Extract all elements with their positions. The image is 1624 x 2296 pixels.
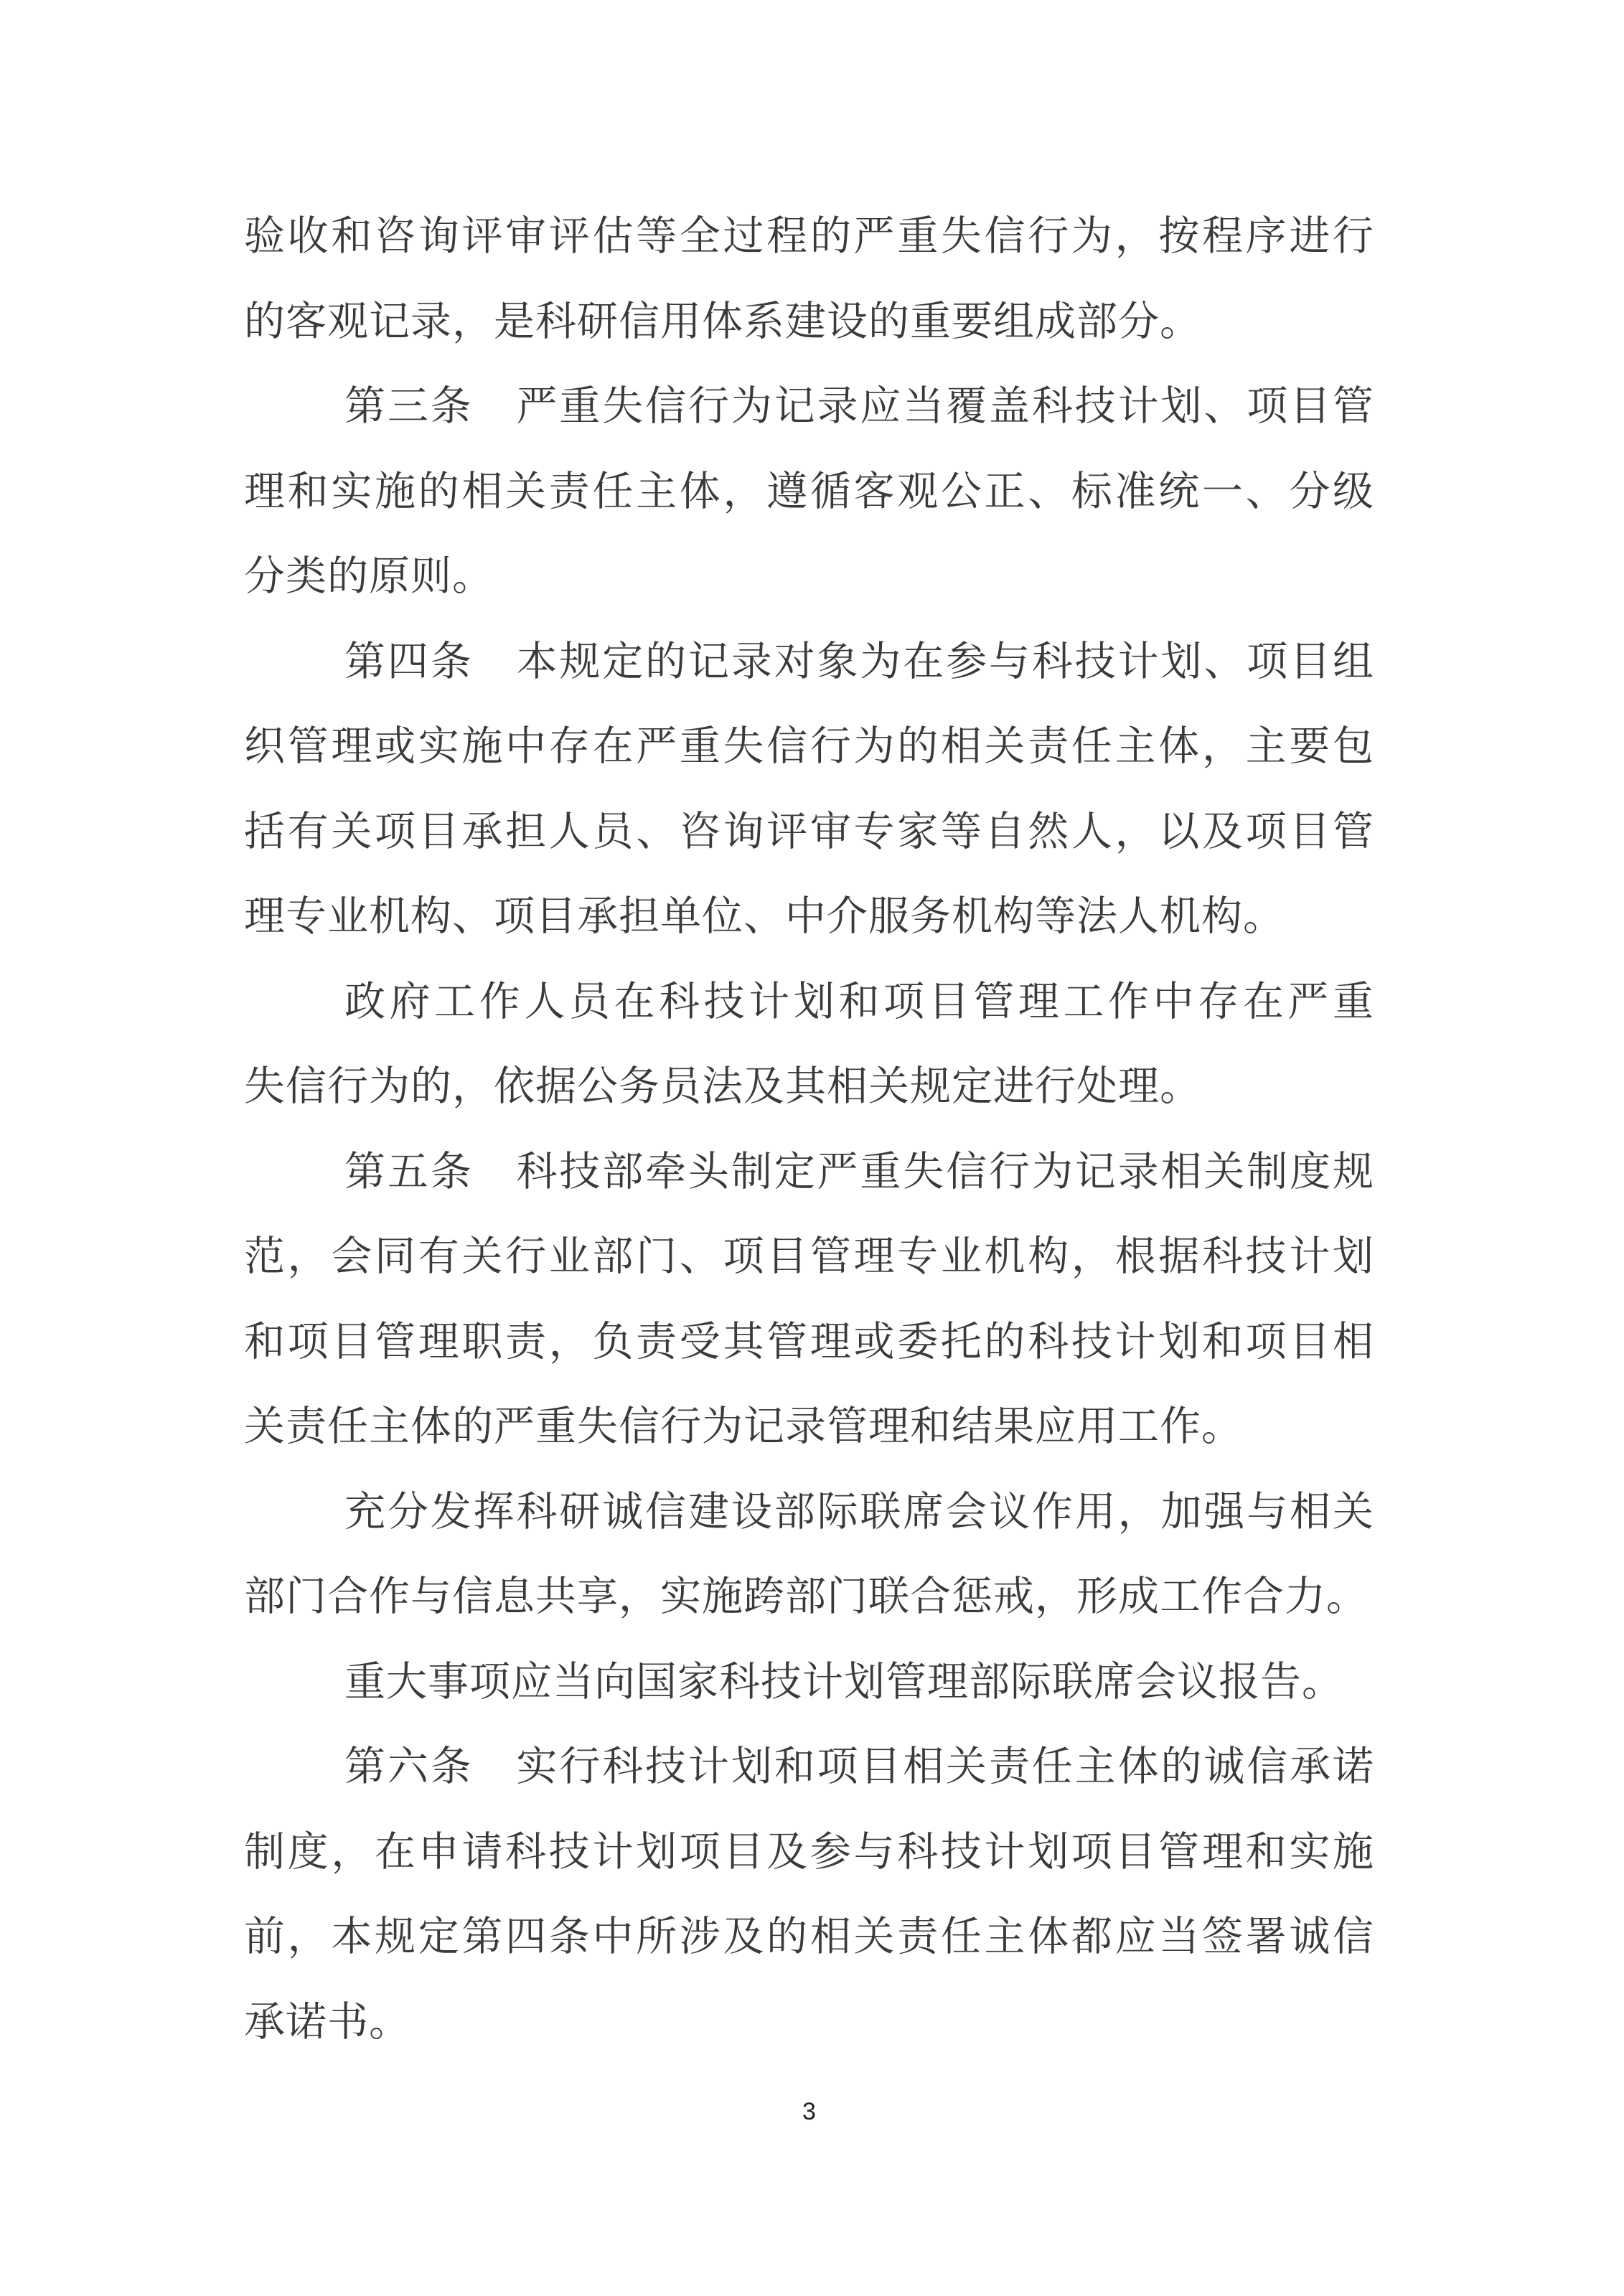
text-line: 验收和咨询评审评估等全过程的严重失信行为，按程序进行 bbox=[244, 194, 1374, 280]
text-line: 部门合作与信息共享，实施跨部门联合惩戒，形成工作合力。 bbox=[244, 1555, 1374, 1640]
text-line: 承诺书。 bbox=[244, 1980, 1374, 2066]
text-line: 充分发挥科研诚信建设部际联席会议作用，加强与相关 bbox=[244, 1470, 1374, 1556]
text-line: 范，会同有关行业部门、项目管理专业机构，根据科技计划 bbox=[244, 1215, 1374, 1300]
text-line: 重大事项应当向国家科技计划管理部际联席会议报告。 bbox=[244, 1640, 1374, 1726]
text-line: 理和实施的相关责任主体，遵循客观公正、标准统一、分级 bbox=[244, 450, 1374, 535]
text-line: 括有关项目承担人员、咨询评审专家等自然人，以及项目管 bbox=[244, 790, 1374, 875]
text-line: 关责任主体的严重失信行为记录管理和结果应用工作。 bbox=[244, 1385, 1374, 1470]
document-body: 验收和咨询评审评估等全过程的严重失信行为，按程序进行的客观记录，是科研信用体系建… bbox=[244, 194, 1374, 2065]
text-line: 制度，在申请科技计划项目及参与科技计划项目管理和实施 bbox=[244, 1810, 1374, 1896]
document-page: 验收和咨询评审评估等全过程的严重失信行为，按程序进行的客观记录，是科研信用体系建… bbox=[0, 0, 1624, 2296]
text-line: 第三条 严重失信行为记录应当覆盖科技计划、项目管 bbox=[244, 364, 1374, 450]
text-line: 和项目管理职责，负责受其管理或委托的科技计划和项目相 bbox=[244, 1300, 1374, 1385]
text-line: 失信行为的，依据公务员法及其相关规定进行处理。 bbox=[244, 1045, 1374, 1130]
text-line: 织管理或实施中存在严重失信行为的相关责任主体，主要包 bbox=[244, 705, 1374, 790]
text-line: 政府工作人员在科技计划和项目管理工作中存在严重 bbox=[244, 960, 1374, 1045]
text-line: 第五条 科技部牵头制定严重失信行为记录相关制度规 bbox=[244, 1130, 1374, 1215]
text-line: 的客观记录，是科研信用体系建设的重要组成部分。 bbox=[244, 280, 1374, 365]
text-line: 第四条 本规定的记录对象为在参与科技计划、项目组 bbox=[244, 620, 1374, 705]
text-line: 分类的原则。 bbox=[244, 535, 1374, 620]
page-number: 3 bbox=[244, 2097, 1374, 2127]
text-line: 理专业机构、项目承担单位、中介服务机构等法人机构。 bbox=[244, 875, 1374, 960]
text-line: 前，本规定第四条中所涉及的相关责任主体都应当签署诚信 bbox=[244, 1895, 1374, 1980]
text-line: 第六条 实行科技计划和项目相关责任主体的诚信承诺 bbox=[244, 1725, 1374, 1810]
